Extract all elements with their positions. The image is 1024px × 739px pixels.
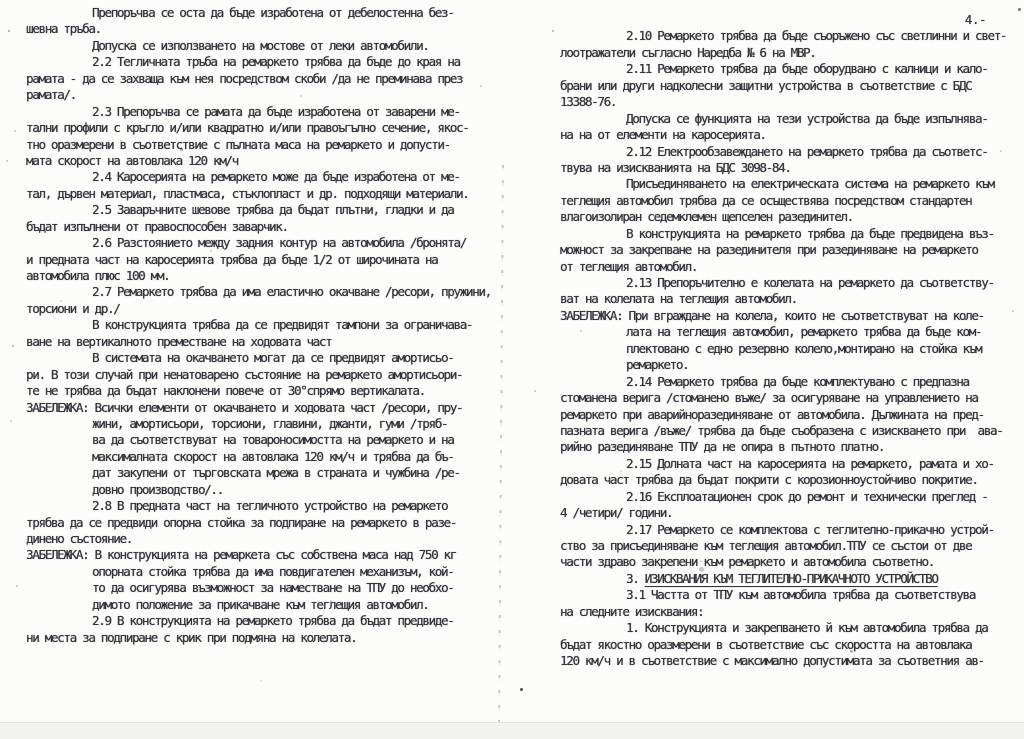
right-page: 4.- 2.10 Ремаркето трябва да бъде съоръж… bbox=[560, 12, 1016, 670]
text-line: Допуска се функцията на тези устройства … bbox=[560, 111, 1016, 127]
text-line: 2.5 Заваръчните шевове трябва да бъдат п… bbox=[26, 202, 486, 218]
text-line: влагоизолиран седемклемен щепселен разед… bbox=[560, 209, 1016, 225]
text-line: Присъединяването на електрическата систе… bbox=[560, 176, 1016, 192]
text-line: опорната стойка трябва да има повдигател… bbox=[26, 564, 486, 580]
text-line: 1. Конструкцията и закрепването й към ав… bbox=[560, 620, 1016, 636]
text-line: 2.6 Разстоянието между задния контур на … bbox=[26, 235, 486, 251]
text-line: 2.8 В предната част на тегличното устрой… bbox=[26, 498, 486, 514]
text-line: части здраво закрепени към ремаркето и а… bbox=[560, 554, 1016, 570]
text-line: бъдат якостно оразмерени в съответствие … bbox=[560, 637, 1016, 653]
text-line: ване на вертикалното преместване на ходо… bbox=[26, 334, 486, 350]
right-page-text: 2.10 Ремаркето трябва да бъде съоръжено … bbox=[560, 28, 1016, 669]
text-line: 2.10 Ремаркето трябва да бъде съоръжено … bbox=[560, 28, 1016, 44]
text-line: 2.11 Ремаркето трябва да бъде оборудвано… bbox=[560, 61, 1016, 77]
text-line: ремаркето. bbox=[560, 357, 1016, 373]
text-line: дат закупени от търговската мрежа в стра… bbox=[26, 465, 486, 481]
text-line: ремаркето при аварийноразединяване от ав… bbox=[560, 407, 1016, 423]
text-line: бъдат изпълнени от правоспособен заварчи… bbox=[26, 219, 486, 235]
scanned-document-sheet: Препоръчва се оста да бъде изработена от… bbox=[0, 0, 1024, 739]
text-line: Препоръчва се оста да бъде изработена от… bbox=[26, 5, 486, 21]
text-line: лата на теглещия автомобил, ремаркето тр… bbox=[560, 324, 1016, 340]
text-line: от теглещия автомобил. bbox=[560, 259, 1016, 275]
text-line: димото положение за прикачване към тегле… bbox=[26, 597, 486, 613]
note-label-line: ЗАБЕЛЕЖКА: Всички елементи от окачването… bbox=[26, 400, 486, 416]
text-line: стоманена верига /стоманено въже/ за оси… bbox=[560, 390, 1016, 406]
text-line: трябва да се предвиди опорна стойка за п… bbox=[26, 515, 486, 531]
text-line: на на от елементи на каросерията. bbox=[560, 127, 1016, 143]
text-line: 2.15 Долната част на каросерията на рема… bbox=[560, 456, 1016, 472]
text-line: 2.16 Експлоатационен срок до ремонт и те… bbox=[560, 489, 1016, 505]
text-line: динено състояние. bbox=[26, 531, 486, 547]
text-line: 3.1 Частта от ТПУ към автомобила трябва … bbox=[560, 587, 1016, 603]
text-line: ва да съответствуват на товароносимостта… bbox=[26, 432, 486, 448]
scan-noise-specks-right bbox=[552, 30, 554, 32]
text-line: 2.17 Ремаркето се комплектова с теглител… bbox=[560, 522, 1016, 538]
scan-bottom-edge bbox=[0, 722, 1024, 739]
text-line: 13388-76. bbox=[560, 94, 1016, 110]
scan-gutter-shadow bbox=[498, 165, 504, 725]
text-line: на следните изисквания: bbox=[560, 604, 1016, 620]
text-line: 2.3 Препоръчва се рамата да бъде изработ… bbox=[26, 104, 486, 120]
text-line: довно производство/.. bbox=[26, 482, 486, 498]
text-line: максималната скорост на автовлака 120 км… bbox=[26, 449, 486, 465]
underlined-heading-text: ИЗИСКВАНИЯ КЪМ ТЕГЛИТЕЛНО-ПРИКАЧНОТО УСТ… bbox=[645, 571, 938, 586]
text-line: торсиони и др./ bbox=[26, 301, 486, 317]
text-line: жини, амортисьори, торсиони, главини, дж… bbox=[26, 416, 486, 432]
text-line: довата част трябва да бъдат покрити с ко… bbox=[560, 472, 1016, 488]
text-line: 2.2 Тегличната тръба на ремаркето трябва… bbox=[26, 54, 486, 70]
text-line: 120 км/ч и в съответствие с максимално д… bbox=[560, 653, 1016, 669]
text-line: тал, дървен материал, пластмаса, стъклоп… bbox=[26, 186, 486, 202]
text-line: автомобила плюс 100 мм. bbox=[26, 268, 486, 284]
text-line: брани или други надколесни защитни устро… bbox=[560, 78, 1016, 94]
page-number: 4.- bbox=[560, 12, 1016, 28]
scan-noise-specks-left bbox=[8, 30, 10, 32]
text-line: шевна тръба. bbox=[26, 21, 486, 37]
text-line: Допуска се използването на мостове от ле… bbox=[26, 38, 486, 54]
text-line: ни места за подпиране с крик при подмяна… bbox=[26, 630, 486, 646]
text-line: рамата/. bbox=[26, 87, 486, 103]
text-line: 2.13 Препоръчително е колелата на ремарк… bbox=[560, 275, 1016, 291]
text-line: 2.7 Ремаркето трябва да има еластично ок… bbox=[26, 284, 486, 300]
text-line: твува на изискванията на БДС 3098-84. bbox=[560, 160, 1016, 176]
scan-noise-dark-marks bbox=[520, 688, 523, 691]
note-label-line: ЗАБЕЛЕЖКА: В конструкцията на ремаркета … bbox=[26, 547, 486, 563]
text-line: тно оразмерени в съответствие с пълната … bbox=[26, 137, 486, 153]
text-line: тални профили с кръгло и/или квадратно и… bbox=[26, 120, 486, 136]
text-line: можност за закрепване на разединителя пр… bbox=[560, 242, 1016, 258]
text-line: пазната верига /въже/ трябва да бъде съо… bbox=[560, 423, 1016, 439]
note-label-line: ЗАБЕЛЕЖКА: При вграждане на колела, коит… bbox=[560, 308, 1016, 324]
text-line: мата скорост на автовлака 120 км/ч bbox=[26, 153, 486, 169]
text-line: лоотражатели съгласно Наредба № 6 на МВР… bbox=[560, 45, 1016, 61]
text-line: В системата на окачването могат да се пр… bbox=[26, 350, 486, 366]
text-line: 2.12 Електрообзавеждането на ремаркето т… bbox=[560, 144, 1016, 160]
text-line: 2.4 Каросерията на ремаркето може да бъд… bbox=[26, 169, 486, 185]
text-line: ри. В този случай при ненатоварено състо… bbox=[26, 367, 486, 383]
text-line: и предната част на каросерията трябва да… bbox=[26, 252, 486, 268]
text-line: теглещия автомобил трябва да се осъществ… bbox=[560, 193, 1016, 209]
text-line: те не трябва да бъдат наклонени повече о… bbox=[26, 383, 486, 399]
text-line: плектовано с едно резервно колело,монтир… bbox=[560, 341, 1016, 357]
text-line: рамата - да се захваща към нея посредств… bbox=[26, 71, 486, 87]
text-line: 4 /четири/ години. bbox=[560, 505, 1016, 521]
text-line: рийно разединяване ТПУ да не опира в път… bbox=[560, 439, 1016, 455]
text-line: 2.14 Ремаркето трябва да бъде комплектув… bbox=[560, 374, 1016, 390]
left-page: Препоръчва се оста да бъде изработена от… bbox=[26, 5, 486, 646]
text-line: В конструкцията трябва да се предвидят т… bbox=[26, 317, 486, 333]
text-line: ство за присъединяване към теглещия авто… bbox=[560, 538, 1016, 554]
text-line: 2.9 В конструкцията на ремаркето трябва … bbox=[26, 613, 486, 629]
section-heading: 3. ИЗИСКВАНИЯ КЪМ ТЕГЛИТЕЛНО-ПРИКАЧНОТО … bbox=[560, 571, 1016, 587]
text-line: В конструкцията на ремаркето трябва да б… bbox=[560, 226, 1016, 242]
text-line: то да осигурява възможност за наместване… bbox=[26, 580, 486, 596]
text-line: ват на колелата на теглещия автомобил. bbox=[560, 291, 1016, 307]
